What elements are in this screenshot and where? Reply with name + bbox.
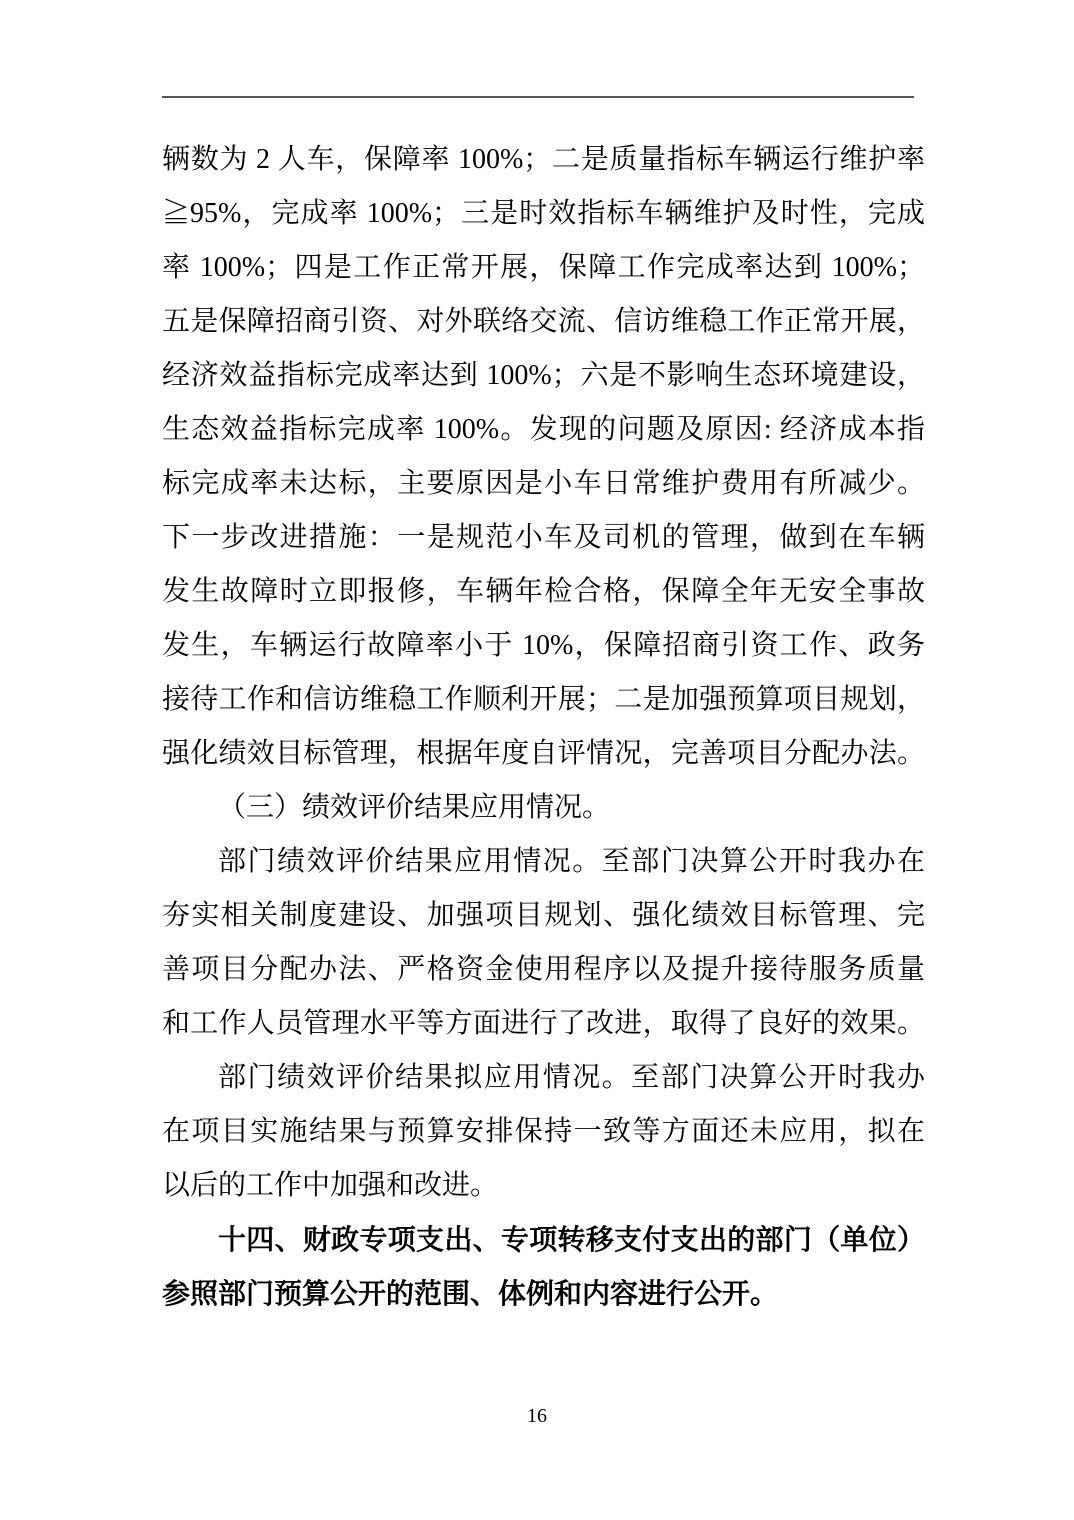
text-line: 辆数为 2 人车，保障率 100%；二是质量指标车辆运行维护率 — [162, 133, 925, 187]
text-line: 生态效益指标完成率 100%。发现的问题及原因: 经济成本指 — [162, 403, 925, 457]
text-line: 发生，车辆运行故障率小于 10%，保障招商引资工作、政务 — [162, 619, 925, 673]
text-line: 强化绩效目标管理，根据年度自评情况，完善项目分配办法。 — [162, 727, 925, 781]
document-page: 辆数为 2 人车，保障率 100%；二是质量指标车辆运行维护率 ≧95%，完成率… — [0, 0, 1074, 1520]
section-heading-line: 十四、财政专项支出、专项转移支付支出的部门（单位） — [162, 1213, 925, 1267]
text-line: 标完成率未达标，主要原因是小车日常维护费用有所减少。 — [162, 457, 925, 511]
text-line: 经济效益指标完成率达到 100%；六是不影响生态环境建设， — [162, 349, 925, 403]
text-line: 接待工作和信访维稳工作顺利开展；二是加强预算项目规划， — [162, 673, 925, 727]
text-line: ≧95%，完成率 100%；三是时效指标车辆维护及时性，完成 — [162, 187, 925, 241]
text-line: 下一步改进措施：一是规范小车及司机的管理，做到在车辆 — [162, 511, 925, 565]
text-line: 和工作人员管理水平等方面进行了改进，取得了良好的效果。 — [162, 997, 925, 1051]
text-line: 发生故障时立即报修，车辆年检合格，保障全年无安全事故 — [162, 565, 925, 619]
text-line: 五是保障招商引资、对外联络交流、信访维稳工作正常开展， — [162, 295, 925, 349]
text-line: 部门绩效评价结果应用情况。至部门决算公开时我办在 — [162, 835, 925, 889]
document-body: 辆数为 2 人车，保障率 100%；二是质量指标车辆运行维护率 ≧95%，完成率… — [162, 133, 925, 1321]
text-line: 部门绩效评价结果拟应用情况。至部门决算公开时我办 — [162, 1051, 925, 1105]
text-line: 善项目分配办法、严格资金使用程序以及提升接待服务质量 — [162, 943, 925, 997]
text-line: 以后的工作中加强和改进。 — [162, 1159, 925, 1213]
text-line: 率 100%；四是工作正常开展，保障工作完成率达到 100%； — [162, 241, 925, 295]
text-line: 夯实相关制度建设、加强项目规划、强化绩效目标管理、完 — [162, 889, 925, 943]
header-rule — [162, 96, 914, 98]
text-line: 在项目实施结果与预算安排保持一致等方面还未应用，拟在 — [162, 1105, 925, 1159]
section-heading-line: 参照部门预算公开的范围、体例和内容进行公开。 — [162, 1267, 925, 1321]
page-number: 16 — [0, 1402, 1074, 1430]
subsection-heading: （三）绩效评价结果应用情况。 — [162, 781, 925, 835]
